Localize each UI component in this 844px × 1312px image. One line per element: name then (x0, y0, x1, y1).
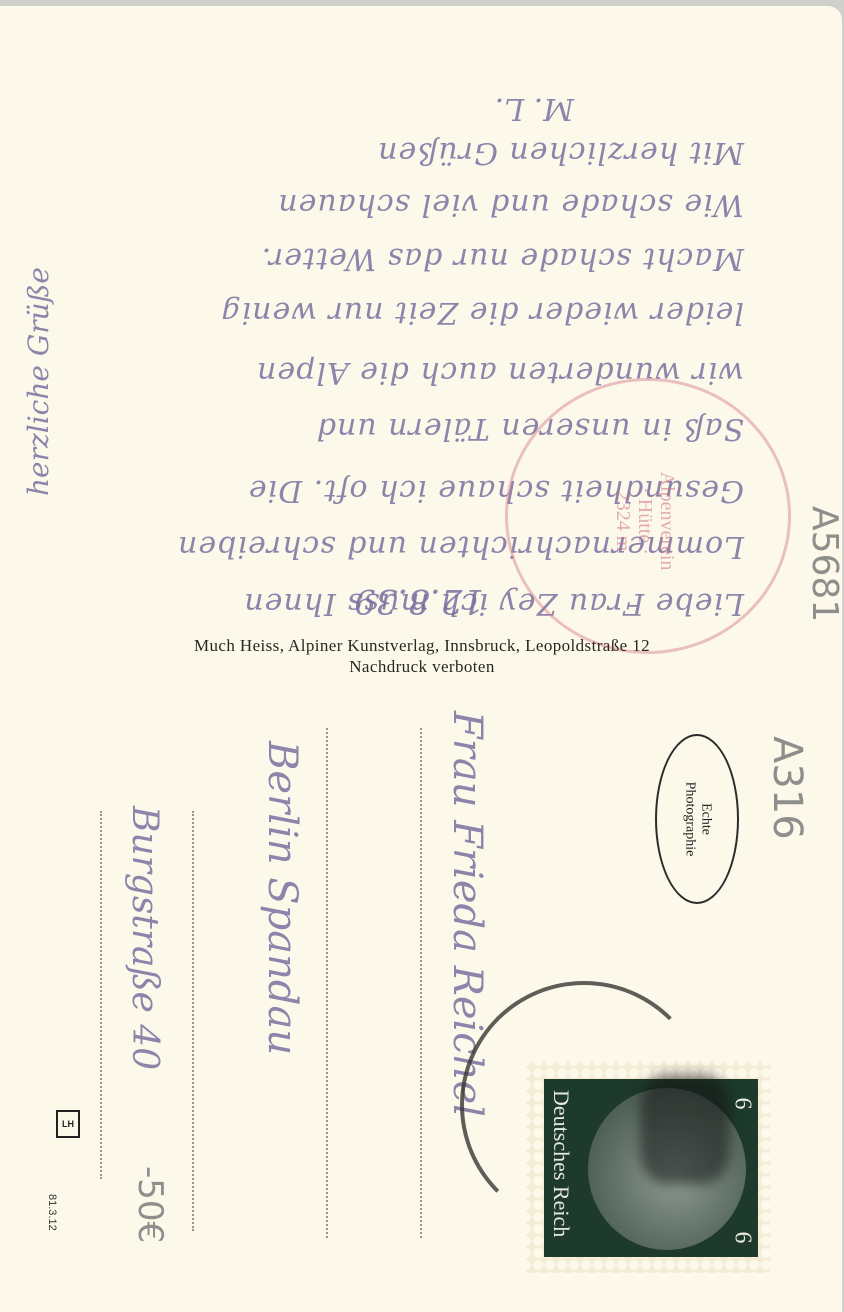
address-line-street: Burgstraße 40 (124, 806, 165, 1070)
message-line: Macht schade nur das Wetter. (54, 236, 744, 276)
reprint-notice: Nachdruck verboten (0, 657, 842, 677)
cancellation-ink (640, 1074, 730, 1184)
side-note: herzliche Grüße (22, 267, 55, 496)
pencil-note-inventory: A5681 (804, 506, 842, 622)
address-divider (326, 728, 328, 1238)
postcard-back: Liebe Frau Zey ich muss Ihnen Lommernach… (0, 6, 842, 1312)
address-divider (100, 811, 102, 1179)
pencil-note-price: -50€ (130, 1166, 170, 1243)
message-signature: M. L. (495, 91, 574, 126)
message-date: 12.8.39 (354, 581, 484, 621)
address-line-city: Berlin Spandau (259, 741, 305, 1055)
stamp-denomination-bottom: 6 (729, 1232, 756, 1244)
stamp-denomination-top: 6 (729, 1098, 756, 1110)
printer-logo: LH (56, 1110, 80, 1138)
address-divider (192, 811, 194, 1231)
publisher-imprint: Much Heiss, Alpiner Kunstverlag, Innsbru… (0, 636, 842, 656)
stamp-country: Deutsches Reich (548, 1090, 574, 1237)
message-line: Wie schade und viel schauen (54, 182, 744, 222)
photo-mark-line2: Photographie (681, 782, 697, 857)
photo-mark-text: Echte Photographie (681, 782, 713, 857)
photo-mark-line1: Echte (697, 782, 713, 857)
address-divider (420, 728, 422, 1238)
message-line: leider wieder die Zeit nur wenig (54, 290, 744, 330)
message-line: Mit herzlichen Grüßen (54, 130, 744, 170)
hut-stamp-text: Alpenverein · Hütte · 2324 m (560, 466, 730, 576)
print-code: 81.3.12 (46, 1194, 58, 1231)
photo-mark-oval: Echte Photographie (655, 734, 739, 904)
pencil-note-number: A316 (764, 736, 810, 840)
